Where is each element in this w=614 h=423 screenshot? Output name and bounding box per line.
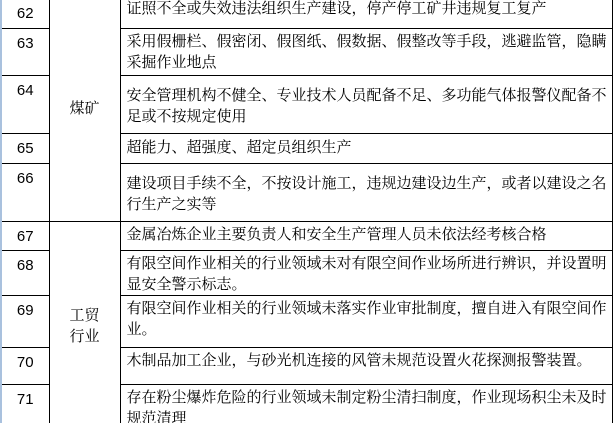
- row-number: 71: [2, 385, 49, 423]
- row-number: 64: [2, 76, 49, 134]
- row-number: 63: [2, 29, 49, 76]
- hazard-table-container: 62 煤矿 证照不全或失效违法组织生产建设，停产停工矿井违规复工复产 63 采用…: [2, 0, 612, 423]
- category-label: 工贸行业: [68, 305, 102, 347]
- row-number: 65: [2, 134, 49, 164]
- category-label: 煤矿: [68, 98, 102, 119]
- table-row: 62 煤矿 证照不全或失效违法组织生产建设，停产停工矿井违规复工复产: [2, 0, 612, 29]
- row-number: 66: [2, 164, 49, 222]
- row-description: 采用假栅栏、假密闭、假图纸、假数据、假整改等手段，逃避监管，隐瞒采掘作业地点: [120, 29, 612, 76]
- row-number: 67: [2, 222, 49, 251]
- row-description: 超能力、超强度、超定员组织生产: [120, 134, 612, 164]
- row-description: 金属冶炼企业主要负责人和安全生产管理人员未依法经考核合格: [120, 222, 612, 251]
- row-description: 建设项目手续不全，不按设计施工，违规边建设边生产，或者以建设之名行生产之实等: [120, 164, 612, 222]
- row-number: 70: [2, 348, 49, 385]
- row-number: 69: [2, 296, 49, 348]
- row-description: 有限空间作业相关的行业领域未落实作业审批制度，擅自进入有限空间作业。: [120, 296, 612, 348]
- row-description: 木制品加工企业，与砂光机连接的风管未规范设置火花探测报警装置。: [120, 348, 612, 385]
- hazard-table: 62 煤矿 证照不全或失效违法组织生产建设，停产停工矿井违规复工复产 63 采用…: [2, 0, 613, 423]
- category-cell: 煤矿: [49, 0, 120, 222]
- row-number: 62: [2, 0, 49, 29]
- row-description: 有限空间作业相关的行业领域未对有限空间作业场所进行辨识，并设置明显安全警示标志。: [120, 251, 612, 296]
- row-number: 68: [2, 251, 49, 296]
- row-description: 存在粉尘爆炸危险的行业领域未制定粉尘清扫制度，作业现场积尘未及时规范清理: [120, 385, 612, 423]
- category-cell: 工贸行业: [49, 222, 120, 423]
- row-description: 证照不全或失效违法组织生产建设，停产停工矿井违规复工复产: [120, 0, 612, 29]
- table-row: 67 工贸行业 金属冶炼企业主要负责人和安全生产管理人员未依法经考核合格: [2, 222, 612, 251]
- row-description: 安全管理机构不健全、专业技术人员配备不足、多功能气体报警仪配备不足或不按规定使用: [120, 76, 612, 134]
